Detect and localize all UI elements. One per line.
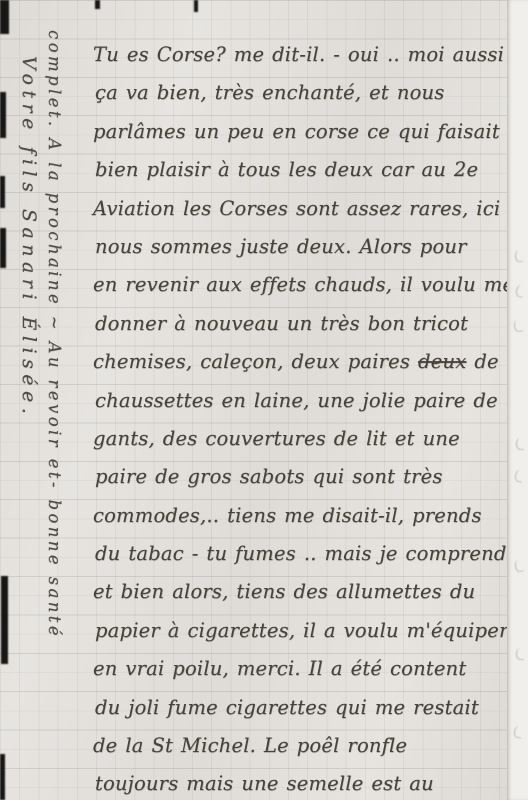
letter-line: nous sommes juste deux. Alors pour (93, 228, 507, 266)
scan-edge-artifact (0, 754, 5, 800)
letter-line: gants, des couvertures de lit et une (93, 420, 507, 458)
letter-line: du joli fume cigarettes qui me restait (93, 689, 507, 727)
letter-line: donner à nouveau un très bon tricot (93, 305, 507, 343)
letter-line: et bien alors, tiens des allumettes du (93, 573, 507, 611)
scan-edge-artifact (95, 0, 100, 9)
letter-line: ça va bien, très enchanté, et nous (93, 74, 507, 112)
letter-line: paire de gros sabots qui sont très (93, 458, 507, 496)
ink-bleed-mark (514, 560, 524, 573)
letter-line: commodes,.. tiens me disait-il, prends (93, 497, 507, 535)
struck-word: deux (418, 350, 466, 373)
letter-line: parlâmes un peu en corse ce qui faisait (93, 113, 507, 151)
letter-line: en vrai poilu, merci. Il a été content (93, 650, 507, 688)
margin-note-signature: Votre fils Sanari Élisée. (18, 56, 40, 419)
ink-bleed-mark (514, 469, 524, 482)
letter-line: Tu es Corse? me dit-il. - oui .. moi aus… (93, 36, 507, 74)
letter-line: chemises, caleçon, deux paires deux de (93, 343, 507, 381)
letter-line: du tabac - tu fumes .. mais je comprends (93, 535, 507, 573)
letter-line: bien plaisir à tous les deux car au 2e (93, 151, 507, 189)
ink-bleed-mark (516, 648, 524, 660)
letter-line: de la St Michel. Le poêl ronfle (93, 727, 507, 765)
scan-edge-artifact (0, 176, 5, 208)
scan-edge-artifact (0, 0, 9, 34)
letter-line: chaussettes en laine, une jolie paire de (93, 382, 507, 420)
letter-line: papier à cigarettes, il a voulu m'équipe… (93, 612, 507, 650)
scan-edge-artifact (1, 576, 8, 664)
ink-bleed-mark (513, 319, 523, 332)
margin-note-closing: complet. A la prochaine ~ Au revoir et- … (45, 30, 64, 639)
letter-line: en revenir aux effets chauds, il voulu m… (93, 266, 507, 304)
letter-line: Aviation les Corses sont assez rares, ic… (93, 190, 507, 228)
letter-line-segment: chemises, caleçon, deux paires (93, 350, 418, 373)
ink-bleed-mark (515, 250, 523, 262)
scan-edge-artifact (0, 228, 6, 268)
ink-bleed-mark (515, 284, 526, 298)
ink-bleed-mark (516, 438, 524, 450)
scan-edge-artifact (194, 0, 198, 12)
next-page-edge (507, 0, 528, 800)
letter-line: toujours mais une semelle est au (93, 765, 507, 800)
letter-body: Tu es Corse? me dit-il. - oui .. moi aus… (93, 36, 507, 800)
scanned-letter-page: Votre fils Sanari Élisée. complet. A la … (0, 0, 528, 800)
letter-line-segment: de (466, 350, 498, 373)
scan-edge-artifact (0, 92, 6, 138)
ink-bleed-mark (513, 725, 523, 738)
